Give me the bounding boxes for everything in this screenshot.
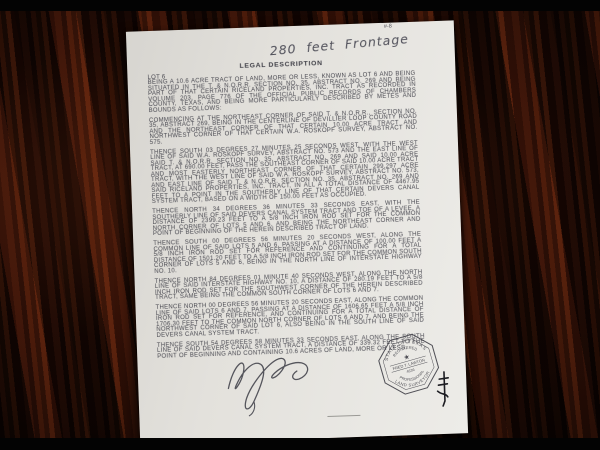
paper: #-8 280 feet Frontage LEGAL DESCRIPTION … (126, 20, 468, 444)
ink-scribble-mark (435, 371, 452, 408)
handwritten-frontage-note: 280 feet Frontage (269, 29, 440, 59)
paragraph: THENCE SOUTH 00 DEGREES 56 MINUTES 20 SE… (153, 233, 422, 275)
page-corner-mark: #-8 (384, 23, 392, 30)
letterbox-top (0, 0, 600, 11)
paragraph: BEING A 10.6 ACRE TRACT OF LAND, MORE OR… (148, 72, 417, 114)
paragraph: COMMENCING AT THE NORTHEAST CORNER OF SA… (149, 109, 418, 146)
photo-of-legal-document: #-8 280 feet Frontage LEGAL DESCRIPTION … (0, 0, 600, 450)
paragraph: THENCE SOUTH 03 DEGREES 27 MINUTES 25 SE… (150, 141, 420, 205)
legal-description-body: LEGAL DESCRIPTION LOT 6 BEING A 10.6 ACR… (147, 58, 425, 365)
letterbox-bottom (0, 438, 600, 450)
signature (221, 347, 341, 419)
seal-license-number: 4636 (406, 368, 415, 374)
paragraph: THENCE NORTH 34 DEGREES 36 MINUTES 33 SE… (152, 201, 421, 238)
paragraph: THENCE NORTH 00 DEGREES 56 MINUTES 20 SE… (155, 297, 424, 339)
pencil-line (327, 415, 360, 417)
